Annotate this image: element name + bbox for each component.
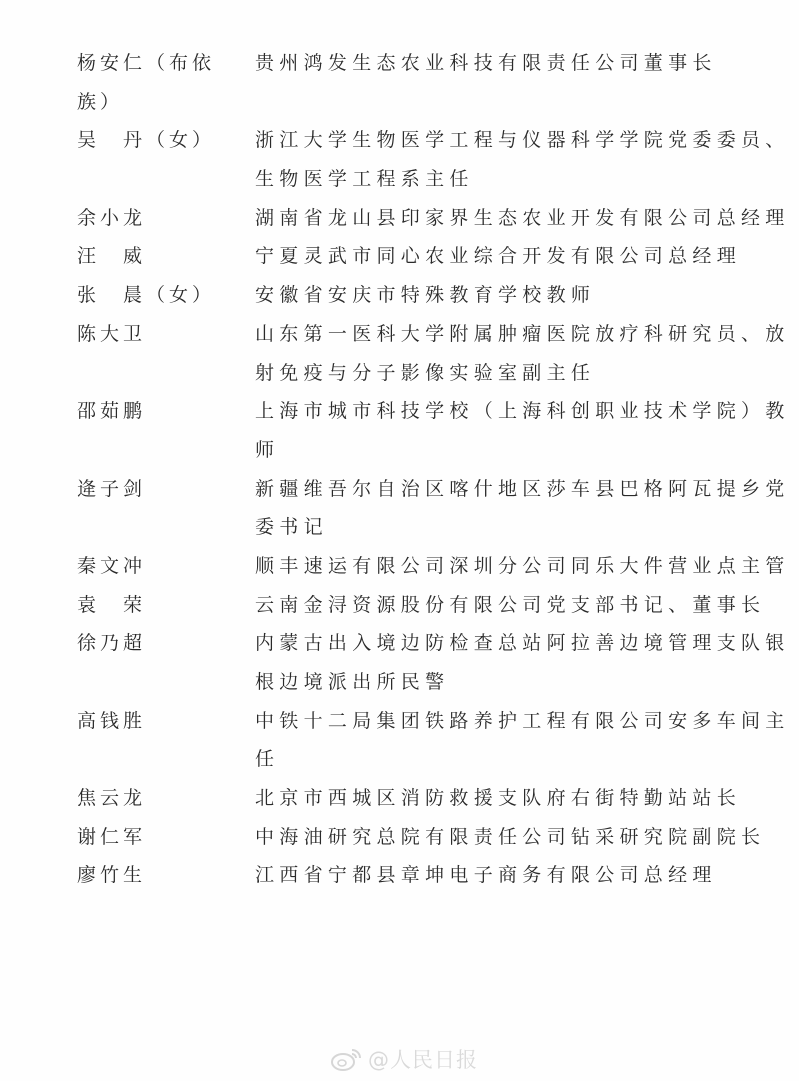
honoree-affiliation: 湖南省龙山县印家界生态农业开发有限公司总经理 xyxy=(255,199,790,238)
affiliation-line: 湖南省龙山县印家界生态农业开发有限公司总经理 xyxy=(255,199,790,238)
name-line: 余小龙 xyxy=(77,199,255,238)
name-line: 杨安仁（布依 xyxy=(77,44,255,83)
name-line: 高钱胜 xyxy=(77,702,255,741)
honoree-affiliation: 山东第一医科大学附属肿瘤医院放疗科研究员、放射免疫与分子影像实验室副主任 xyxy=(255,315,790,392)
affiliation-line: 射免疫与分子影像实验室副主任 xyxy=(255,354,790,393)
name-line: 族） xyxy=(77,83,255,122)
honoree-affiliation: 上海市城市科技学校（上海科创职业技术学院）教师 xyxy=(255,392,790,469)
list-item: 张 晨（女）安徽省安庆市特殊教育学校教师 xyxy=(77,276,737,315)
list-item: 杨安仁（布依族）贵州鸿发生态农业科技有限责任公司董事长 xyxy=(77,44,737,121)
name-line: 张 晨（女） xyxy=(77,276,255,315)
name-line: 袁 荣 xyxy=(77,586,255,625)
name-line: 秦文冲 xyxy=(77,547,255,586)
honoree-name: 廖竹生 xyxy=(77,856,255,895)
list-item: 吴 丹（女）浙江大学生物医学工程与仪器科学学院党委委员、生物医学工程系主任 xyxy=(77,121,737,198)
honoree-affiliation: 贵州鸿发生态农业科技有限责任公司董事长 xyxy=(255,44,737,83)
list-item: 廖竹生江西省宁都县章坤电子商务有限公司总经理 xyxy=(77,856,737,895)
affiliation-line: 内蒙古出入境边防检查总站阿拉善边境管理支队银 xyxy=(255,624,790,663)
honoree-affiliation: 中海油研究总院有限责任公司钻采研究院副院长 xyxy=(255,818,765,857)
honoree-affiliation: 中铁十二局集团铁路养护工程有限公司安多车间主任 xyxy=(255,702,790,779)
honoree-name: 徐乃超 xyxy=(77,624,255,663)
list-item: 高钱胜中铁十二局集团铁路养护工程有限公司安多车间主任 xyxy=(77,702,737,779)
name-line: 谢仁军 xyxy=(77,818,255,857)
honoree-name: 吴 丹（女） xyxy=(77,121,255,160)
list-item: 焦云龙北京市西城区消防救援支队府右街特勤站站长 xyxy=(77,779,737,818)
affiliation-line: 顺丰速运有限公司深圳分公司同乐大件营业点主管 xyxy=(255,547,790,586)
affiliation-line: 任 xyxy=(255,740,790,779)
honoree-name: 杨安仁（布依族） xyxy=(77,44,255,121)
affiliation-line: 委书记 xyxy=(255,508,790,547)
name-line: 陈大卫 xyxy=(77,315,255,354)
list-item: 余小龙湖南省龙山县印家界生态农业开发有限公司总经理 xyxy=(77,199,737,238)
honoree-affiliation: 浙江大学生物医学工程与仪器科学学院党委委员、生物医学工程系主任 xyxy=(255,121,790,198)
honoree-name: 张 晨（女） xyxy=(77,276,255,315)
watermark-text: @人民日报 xyxy=(368,1044,478,1074)
honoree-name: 高钱胜 xyxy=(77,702,255,741)
honoree-affiliation: 新疆维吾尔自治区喀什地区莎车县巴格阿瓦提乡党委书记 xyxy=(255,470,790,547)
honoree-name: 袁 荣 xyxy=(77,586,255,625)
weibo-icon xyxy=(330,1046,364,1072)
list-item: 逄子剑新疆维吾尔自治区喀什地区莎车县巴格阿瓦提乡党委书记 xyxy=(77,470,737,547)
affiliation-line: 贵州鸿发生态农业科技有限责任公司董事长 xyxy=(255,44,737,83)
honoree-affiliation: 内蒙古出入境边防检查总站阿拉善边境管理支队银根边境派出所民警 xyxy=(255,624,790,701)
honoree-name: 陈大卫 xyxy=(77,315,255,354)
honoree-affiliation: 宁夏灵武市同心农业综合开发有限公司总经理 xyxy=(255,237,741,276)
name-line: 汪 威 xyxy=(77,237,255,276)
honoree-affiliation: 云南金浔资源股份有限公司党支部书记、董事长 xyxy=(255,586,765,625)
affiliation-line: 云南金浔资源股份有限公司党支部书记、董事长 xyxy=(255,586,765,625)
honoree-affiliation: 顺丰速运有限公司深圳分公司同乐大件营业点主管 xyxy=(255,547,790,586)
document-page: 杨安仁（布依族）贵州鸿发生态农业科技有限责任公司董事长吴 丹（女）浙江大学生物医… xyxy=(0,0,799,1081)
honoree-affiliation: 江西省宁都县章坤电子商务有限公司总经理 xyxy=(255,856,737,895)
affiliation-line: 宁夏灵武市同心农业综合开发有限公司总经理 xyxy=(255,237,741,276)
name-line: 廖竹生 xyxy=(77,856,255,895)
affiliation-line: 浙江大学生物医学工程与仪器科学学院党委委员、 xyxy=(255,121,790,160)
affiliation-line: 根边境派出所民警 xyxy=(255,663,790,702)
honoree-affiliation: 安徽省安庆市特殊教育学校教师 xyxy=(255,276,737,315)
list-item: 袁 荣云南金浔资源股份有限公司党支部书记、董事长 xyxy=(77,586,737,625)
affiliation-line: 中铁十二局集团铁路养护工程有限公司安多车间主 xyxy=(255,702,790,741)
name-line: 吴 丹（女） xyxy=(77,121,255,160)
honoree-name: 逄子剑 xyxy=(77,470,255,509)
name-line: 焦云龙 xyxy=(77,779,255,818)
affiliation-line: 中海油研究总院有限责任公司钻采研究院副院长 xyxy=(255,818,765,857)
affiliation-line: 上海市城市科技学校（上海科创职业技术学院）教 xyxy=(255,392,790,431)
affiliation-line: 北京市西城区消防救援支队府右街特勤站站长 xyxy=(255,779,741,818)
affiliation-line: 安徽省安庆市特殊教育学校教师 xyxy=(255,276,737,315)
list-item: 谢仁军中海油研究总院有限责任公司钻采研究院副院长 xyxy=(77,818,737,857)
affiliation-line: 新疆维吾尔自治区喀什地区莎车县巴格阿瓦提乡党 xyxy=(255,470,790,509)
name-line: 逄子剑 xyxy=(77,470,255,509)
honoree-name: 邵茹鹏 xyxy=(77,392,255,431)
watermark: @人民日报 xyxy=(330,1044,478,1074)
affiliation-line: 师 xyxy=(255,431,790,470)
list-item: 汪 威宁夏灵武市同心农业综合开发有限公司总经理 xyxy=(77,237,737,276)
honoree-name: 余小龙 xyxy=(77,199,255,238)
affiliation-line: 生物医学工程系主任 xyxy=(255,160,790,199)
honoree-name: 汪 威 xyxy=(77,237,255,276)
list-item: 秦文冲顺丰速运有限公司深圳分公司同乐大件营业点主管 xyxy=(77,547,737,586)
affiliation-line: 江西省宁都县章坤电子商务有限公司总经理 xyxy=(255,856,737,895)
honoree-name: 秦文冲 xyxy=(77,547,255,586)
honoree-list: 杨安仁（布依族）贵州鸿发生态农业科技有限责任公司董事长吴 丹（女）浙江大学生物医… xyxy=(77,44,737,895)
name-line: 邵茹鹏 xyxy=(77,392,255,431)
honoree-name: 谢仁军 xyxy=(77,818,255,857)
name-line: 徐乃超 xyxy=(77,624,255,663)
affiliation-line: 山东第一医科大学附属肿瘤医院放疗科研究员、放 xyxy=(255,315,790,354)
honoree-affiliation: 北京市西城区消防救援支队府右街特勤站站长 xyxy=(255,779,741,818)
list-item: 邵茹鹏上海市城市科技学校（上海科创职业技术学院）教师 xyxy=(77,392,737,469)
honoree-name: 焦云龙 xyxy=(77,779,255,818)
list-item: 陈大卫山东第一医科大学附属肿瘤医院放疗科研究员、放射免疫与分子影像实验室副主任 xyxy=(77,315,737,392)
list-item: 徐乃超内蒙古出入境边防检查总站阿拉善边境管理支队银根边境派出所民警 xyxy=(77,624,737,701)
